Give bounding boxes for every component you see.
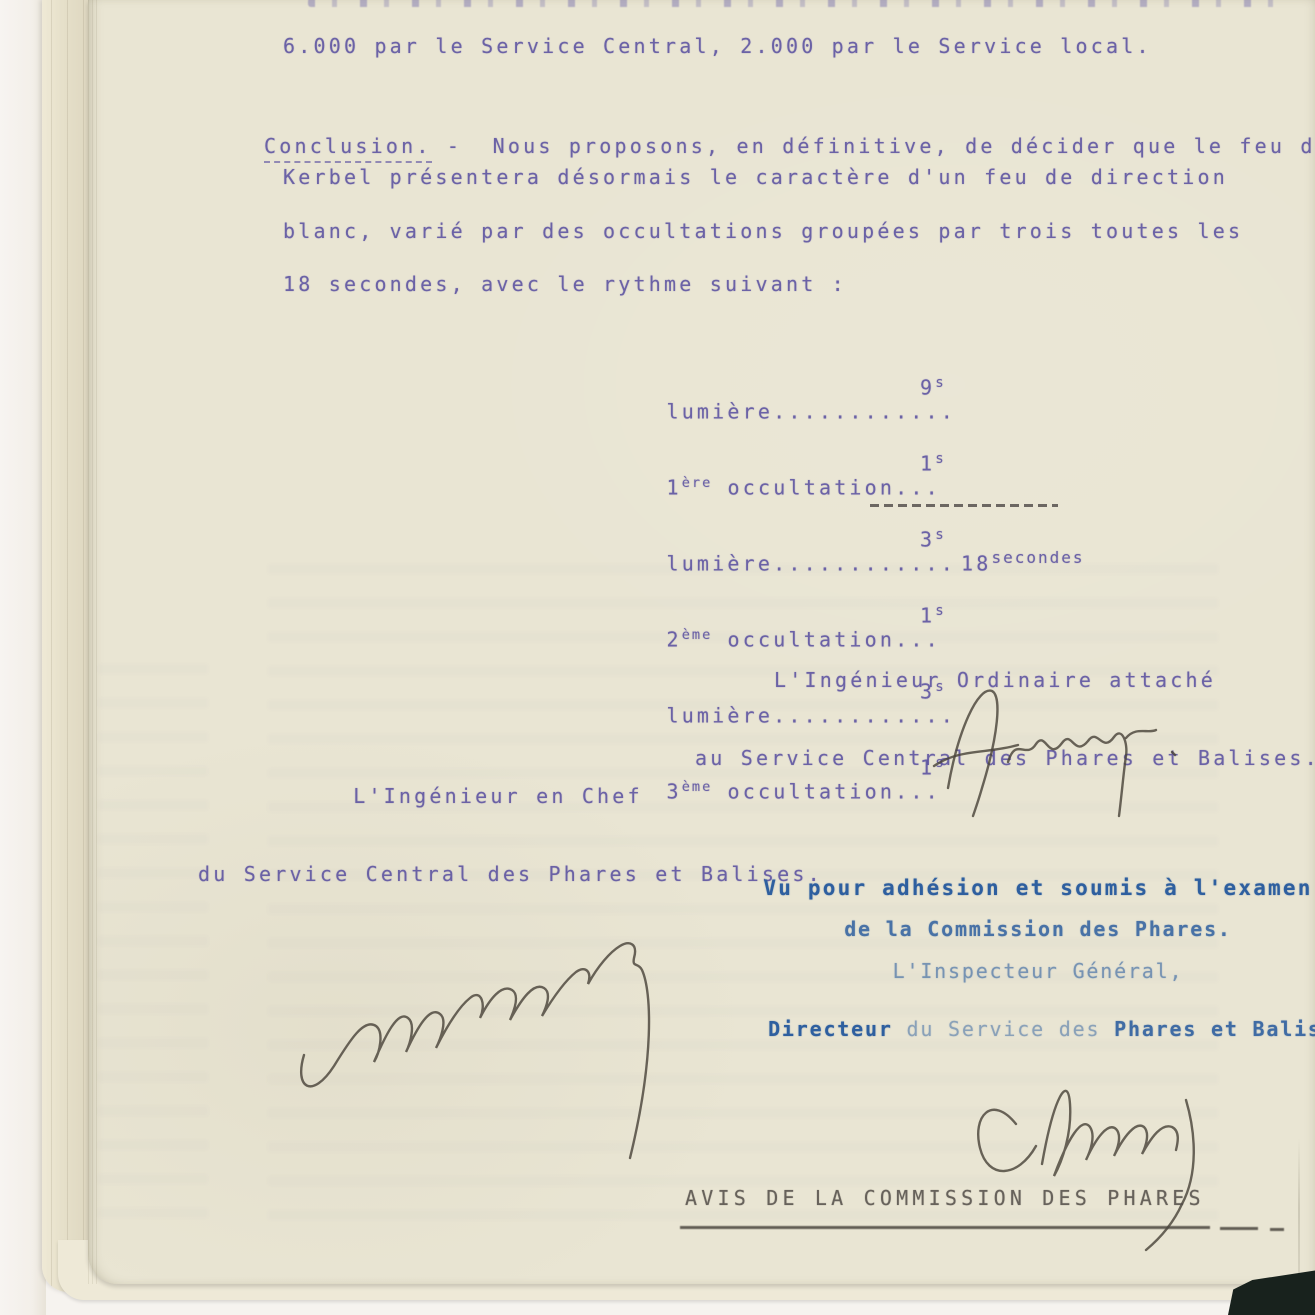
book-page-edges (42, 0, 92, 1292)
conclusion-text-4: 18 secondes, avec le rythme suivant : (283, 272, 847, 296)
rhythm-row: 1ère occultation... 1s (575, 451, 1055, 479)
row-label: lumière (666, 552, 773, 576)
row-label-rest: occultation (712, 476, 895, 500)
footer-rule-dash (1270, 1228, 1284, 1231)
stamp-line4-part1: Directeur (768, 1017, 906, 1041)
stamp-line-2: de la Commission des Phares. (728, 917, 1315, 941)
conclusion-text-3: blanc, varié par des occultations groupé… (283, 219, 1243, 243)
amounts-line: 6.000 par le Service Central, 2.000 par … (283, 34, 1152, 58)
handwritten-signature-engineer-chief (288, 850, 678, 1170)
stamp-line4-part3: Phares et Balises. (1114, 1017, 1315, 1041)
row-value: 1s (920, 451, 945, 476)
bleedthrough-artifact (98, 640, 208, 1220)
stamp-line4-part2: du Service des (907, 1017, 1115, 1041)
leader-dots: ... (895, 476, 941, 500)
row-label: lumière (666, 400, 773, 424)
row-label: 1 (666, 476, 681, 500)
leader-dots: ............ (773, 400, 956, 424)
total-duration: 18secondes (900, 524, 1085, 600)
footer-rule (680, 1226, 1210, 1229)
conclusion-text-2: Kerbel présentera désormais le caractère… (283, 165, 1228, 189)
clipped-line-artifact (308, 0, 1288, 7)
conclusion-label: Conclusion. (264, 134, 432, 163)
row-value: 9s (920, 375, 945, 400)
page-crease (1298, 1138, 1300, 1278)
row-ordinal: ère (682, 475, 713, 491)
scanner-background (0, 0, 46, 1315)
handwritten-signature-inspector-general (950, 1042, 1280, 1257)
footer-rule-dash (1220, 1227, 1258, 1230)
conclusion-text-1: Nous proposons, en définitive, de décide… (493, 134, 1315, 158)
stamp-line-3: L'Inspecteur Général, (728, 959, 1315, 983)
footer-heading: AVIS DE LA COMMISSION DES PHARES (685, 1186, 1205, 1210)
rhythm-row: lumière............ 9s (575, 375, 1055, 403)
total-rule (870, 504, 1058, 507)
conclusion-separator: - (447, 134, 462, 158)
engineer-chief-line1: L'Ingénieur en Chef (198, 783, 798, 809)
stamp-line-1: Vu pour adhésion et soumis à l'examen (728, 876, 1315, 900)
row-label: 2 (666, 628, 681, 652)
document-page: 6.000 par le Service Central, 2.000 par … (88, 0, 1315, 1284)
handwritten-signature-engineer-ordinary (920, 670, 1190, 820)
